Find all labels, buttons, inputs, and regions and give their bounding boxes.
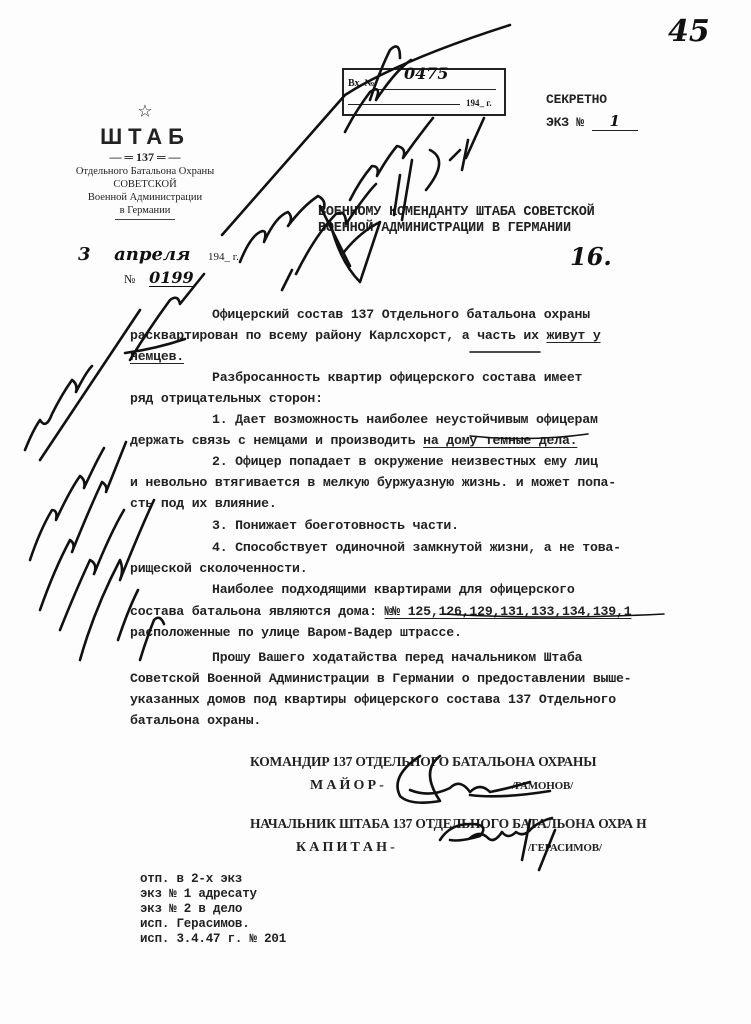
stamp-in-label: Вх. №	[348, 78, 375, 89]
classification-label: СЕКРЕТНО	[546, 92, 607, 107]
letterhead: ☆ ШТАБ — ═ 137 ═ — Отдельного Батальона …	[60, 100, 230, 220]
date-year: 194_ г.	[208, 251, 239, 263]
body-line: рищеской сколоченности.	[130, 561, 307, 576]
body-line: состава батальона являются дома: №№ 125,…	[130, 604, 631, 619]
signature-2-rank: К А П И Т А Н -	[296, 840, 395, 856]
letterhead-line-3: Военной Администрации	[60, 191, 230, 204]
letterhead-date: 3 апреля 194_ г.	[78, 244, 239, 265]
list-item-4: 4. Способствует одиночной замкнутой жизн…	[212, 540, 621, 555]
body-line: указанных домов под квартиры офицерского…	[130, 692, 616, 707]
letterhead-line-1: Отдельного Батальона Охраны	[60, 165, 230, 178]
body-line: ряд отрицательных сторон:	[130, 391, 323, 406]
letterhead-rule	[115, 219, 175, 220]
signature-1-name: /РАМОНОВ/	[512, 780, 573, 792]
incoming-stamp: Вх. № 0475 194_ г.	[342, 68, 506, 116]
stamp-year-label: 194_ г.	[466, 98, 492, 108]
distribution-line: отп. в 2-х экз	[140, 872, 242, 886]
stamp-incoming-number: 0475	[404, 64, 449, 83]
body-line: расквартирован по всему району Карлсхорс…	[130, 328, 601, 343]
body-line: немцев.	[130, 349, 184, 364]
outgoing-number: 0199	[149, 268, 194, 287]
list-item-2: 2. Офицер попадает в окружение неизвестн…	[212, 454, 598, 469]
distribution-line: исп. 3.4.47 г. № 201	[140, 932, 286, 946]
body-line: расположенные по улице Варом-Вадер штрас…	[130, 625, 462, 640]
document-page: 45 СЕКРЕТНО ЭКЗ № 1 ☆ ШТАБ — ═ 137 ═ — О…	[0, 0, 751, 1024]
handwritten-registration-mark: 16.	[570, 242, 612, 271]
addressee-line-1: ВОЕННОМУ КОМЕНДАНТУ ШТАБА СОВЕТСКОЙ	[318, 205, 595, 220]
body-line: батальона охраны.	[130, 713, 261, 728]
date-day: 3	[78, 244, 91, 265]
letterhead-number: № 0199	[124, 268, 194, 288]
list-item-3: 3. Понижает боеготовность части.	[212, 518, 459, 533]
body-line: Офицерский состав 137 Отдельного батальо…	[212, 307, 590, 322]
body-line: сть под их влияние.	[130, 496, 277, 511]
list-item-1: 1. Дает возможность наиболее неустойчивы…	[212, 412, 598, 427]
copy-number: 1	[592, 112, 638, 131]
addressee-line-2: ВОЕННОЙ АДМИНИСТРАЦИИ В ГЕРМАНИИ	[318, 221, 571, 236]
letterhead-title: ШТАБ	[60, 124, 230, 150]
letterhead-line-4: в Германии	[60, 204, 230, 217]
signature-1-title: КОМАНДИР 137 ОТДЕЛЬНОГО БАТАЛЬОНА ОХРАНЫ	[250, 754, 596, 770]
handwritten-page-number: 45	[668, 14, 710, 49]
body-line: и невольно втягивается в мелкую буржуазн…	[130, 475, 616, 490]
letterhead-line-2: СОВЕТСКОЙ	[60, 178, 230, 191]
copy-label: ЭКЗ №	[546, 115, 584, 130]
distribution-line: экз № 1 адресату	[140, 887, 257, 901]
signature-2-name: /ГЕРАСИМОВ/	[528, 842, 602, 854]
body-line: Прошу Вашего ходатайства перед начальник…	[212, 650, 582, 665]
letterhead-unit-number: — ═ 137 ═ —	[60, 150, 230, 165]
date-month: апреля	[114, 244, 190, 265]
body-line: Разбросанность квартир офицерского соста…	[212, 370, 582, 385]
distribution-line: экз № 2 в дело	[140, 902, 242, 916]
copy-number-line: ЭКЗ № 1	[546, 112, 638, 131]
body-line: Советской Военной Администрации в Герман…	[130, 671, 631, 686]
signature-1-rank: М А Й О Р -	[310, 778, 384, 794]
star-icon: ☆	[60, 100, 230, 124]
body-line: Наиболее подходящими квартирами для офиц…	[212, 582, 575, 597]
signature-2-title: НАЧАЛЬНИК ШТАБА 137 ОТДЕЛЬНОГО БАТАЛЬОНА…	[250, 816, 646, 832]
body-line: держать связь с немцами и производить на…	[130, 433, 577, 448]
distribution-line: исп. Герасимов.	[140, 917, 250, 931]
